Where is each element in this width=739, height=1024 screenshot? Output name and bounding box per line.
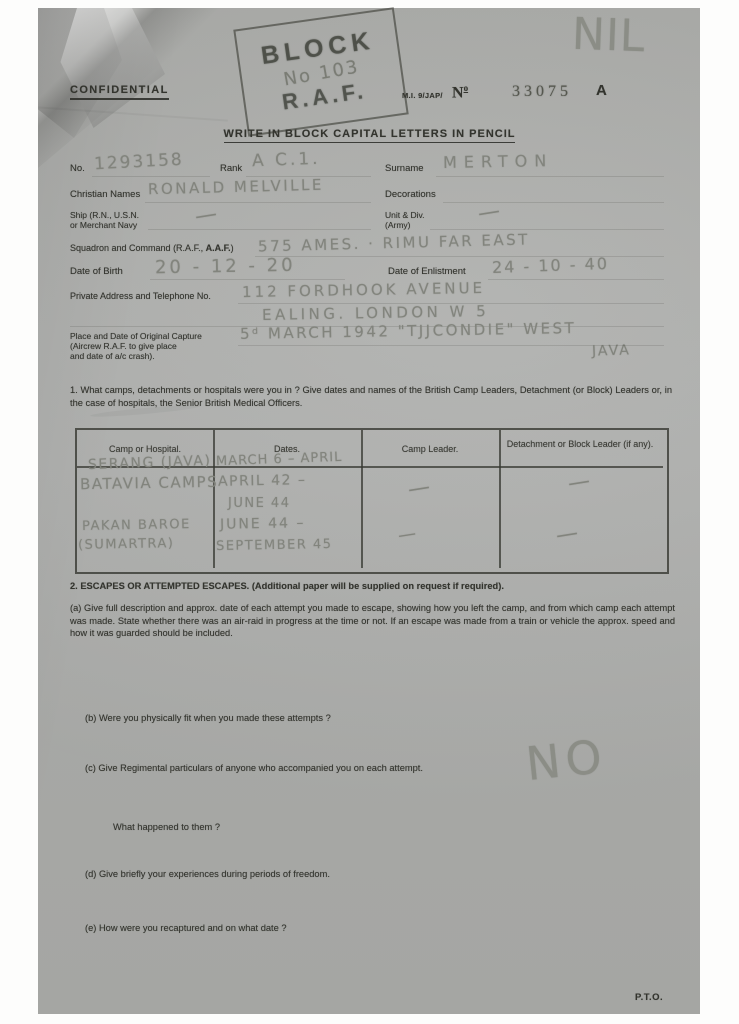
field-rule <box>238 303 664 304</box>
form-instruction: WRITE IN BLOCK CAPITAL LETTERS IN PENCIL <box>0 128 739 143</box>
ref-no-o: o <box>464 83 469 93</box>
field-rank-value: A C.1. <box>252 149 321 171</box>
ref-series: A <box>596 82 607 99</box>
field-no-label: No. <box>70 163 85 174</box>
field-rule <box>436 176 664 177</box>
field-capture-label-2: (Aircrew R.A.F. to give place <box>70 341 177 351</box>
field-rule <box>430 229 664 230</box>
table-leader-dash-2: — <box>398 524 416 545</box>
item-c: (c) Give Regimental particulars of anyon… <box>85 763 423 773</box>
field-rule <box>238 345 664 346</box>
pencil-dash: — <box>476 198 502 226</box>
table-dates-5: SEPTEMBER 45 <box>216 537 333 554</box>
table-column-divider <box>499 430 501 568</box>
field-christian-label: Christian Names <box>70 189 140 200</box>
table-camp-3b: (SUMARTRA) <box>78 536 175 553</box>
item-a: (a) Give full description and approx. da… <box>70 602 675 640</box>
ref-prefix: M.I. 9/JAP/ <box>402 91 443 100</box>
table-dates-4: JUNE 44 – <box>220 515 306 532</box>
field-rule <box>145 202 371 203</box>
table-block-dash-2: — <box>556 522 578 547</box>
pencil-dash: — <box>566 468 592 496</box>
confidential-marking: CONFIDENTIAL <box>70 84 169 100</box>
question-1: 1. What camps, detachments or hospitals … <box>70 384 672 409</box>
ref-no-label: No <box>452 83 468 102</box>
squadron-label-aaf: A.A.F. <box>206 243 231 253</box>
field-dob-label: Date of Birth <box>70 266 123 277</box>
table-camp-2: BATAVIA CAMPS <box>80 473 218 493</box>
item-d: (d) Give briefly your experiences during… <box>85 869 330 879</box>
field-dob-value: 20 - 12 - 20 <box>155 255 296 278</box>
field-rank-label: Rank <box>220 163 242 174</box>
field-unit-label-2: (Army) <box>385 220 411 230</box>
table-camp-3: PAKAN BAROE <box>82 517 191 534</box>
field-rule <box>148 229 371 230</box>
field-rule <box>92 176 210 177</box>
field-rule <box>150 279 345 280</box>
field-rule <box>488 279 664 280</box>
no-answer: NO <box>523 729 609 791</box>
field-surname-value: MERTON <box>443 151 554 172</box>
field-ship-value: — <box>195 203 217 228</box>
section-2-heading: 2. ESCAPES OR ATTEMPTED ESCAPES. (Additi… <box>70 581 675 591</box>
section-2-heading-text: 2. ESCAPES OR ATTEMPTED ESCAPES. (Additi… <box>70 581 504 591</box>
field-capture-label-1: Place and Date of Original Capture <box>70 331 202 341</box>
field-ship-label-1: Ship (R.N., U.S.N. <box>70 210 139 220</box>
field-decorations-label: Decorations <box>385 189 436 200</box>
field-address-label: Private Address and Telephone No. <box>70 291 211 301</box>
scanned-document: CONFIDENTIAL BLOCK No 103 R.A.F. M.I. 9/… <box>0 0 739 1024</box>
form-instruction-text: WRITE IN BLOCK CAPITAL LETTERS IN PENCIL <box>224 128 516 143</box>
pencil-dash: — <box>406 474 432 502</box>
field-ship-label-2: or Merchant Navy <box>70 220 137 230</box>
nil-annotation: NIL <box>571 9 646 63</box>
field-squadron-label: Squadron and Command (R.A.F., A.A.F.) <box>70 243 234 253</box>
squadron-label-close: ) <box>231 243 234 253</box>
table-header-block-leader: Detachment or Block Leader (if any). <box>505 439 655 451</box>
table-block-dash-1: — <box>568 470 590 495</box>
field-unit-value: — <box>478 200 500 225</box>
item-b: (b) Were you physically fit when you mad… <box>85 713 331 723</box>
field-capture-label-3: and date of a/c crash). <box>70 351 155 361</box>
pto-marking: P.T.O. <box>635 992 663 1003</box>
field-enlist-label: Date of Enlistment <box>388 266 466 277</box>
pencil-dash: — <box>396 523 417 547</box>
field-surname-label: Surname <box>385 163 424 174</box>
pencil-dash: — <box>554 520 580 548</box>
item-c-followup: What happened to them ? <box>113 822 220 832</box>
raf-block-stamp: BLOCK No 103 R.A.F. <box>233 7 408 136</box>
ref-no-n: N <box>452 84 464 101</box>
ref-number: 33075 <box>512 83 572 101</box>
table-leader-dash-1: — <box>408 476 430 501</box>
squadron-label-text: Squadron and Command (R.A.F., <box>70 243 206 253</box>
table-dates-2: APRIL 42 – <box>218 472 307 490</box>
field-unit-label-1: Unit & Div. <box>385 210 425 220</box>
field-enlist-value: 24 - 10 - 40 <box>492 254 610 277</box>
table-dates-3: JUNE 44 <box>228 496 290 511</box>
pencil-dash: — <box>193 201 219 229</box>
table-header-leader: Camp Leader. <box>361 444 499 456</box>
item-e: (e) How were you recaptured and on what … <box>85 923 287 933</box>
